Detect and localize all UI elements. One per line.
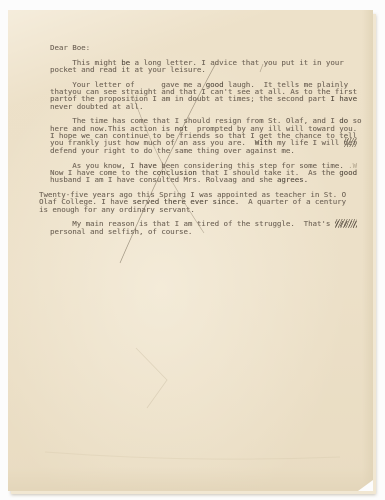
letter-line: personal and selfish, of course. — [50, 228, 362, 235]
letter-line: never doubted at all. — [50, 103, 362, 110]
letter-salutation: Dear Boe: — [50, 44, 362, 51]
letter-line: husband I am I have consulted Mrs. Rolva… — [50, 176, 362, 183]
letter-body: This might be a long letter. I advice th… — [50, 59, 362, 235]
letter-paper: Dear Boe: This might be a long letter. I… — [8, 10, 373, 491]
letter-text: Dear Boe: This might be a long letter. I… — [50, 44, 362, 235]
paragraph: Twenty-five years ago this Spring I was … — [39, 191, 362, 213]
letter-line: is enough for any ordinary servant. — [39, 206, 362, 213]
paragraph: As you know, I have been considering thi… — [50, 162, 362, 184]
scan-background: Dear Boe: This might be a long letter. I… — [0, 0, 385, 500]
paragraph: Your letter of gave me a good laugh. It … — [50, 81, 362, 110]
letter-line: pocket and read it at your leisure. — [50, 66, 362, 73]
paragraph: The time has come that I should resign f… — [50, 117, 362, 154]
paper-corner-cut — [358, 480, 373, 491]
paragraph: My main reason is that I am tired of the… — [50, 220, 362, 235]
paragraph: This might be a long letter. I advice th… — [50, 59, 362, 74]
letter-line: defend your right to do the same thing o… — [50, 147, 362, 154]
